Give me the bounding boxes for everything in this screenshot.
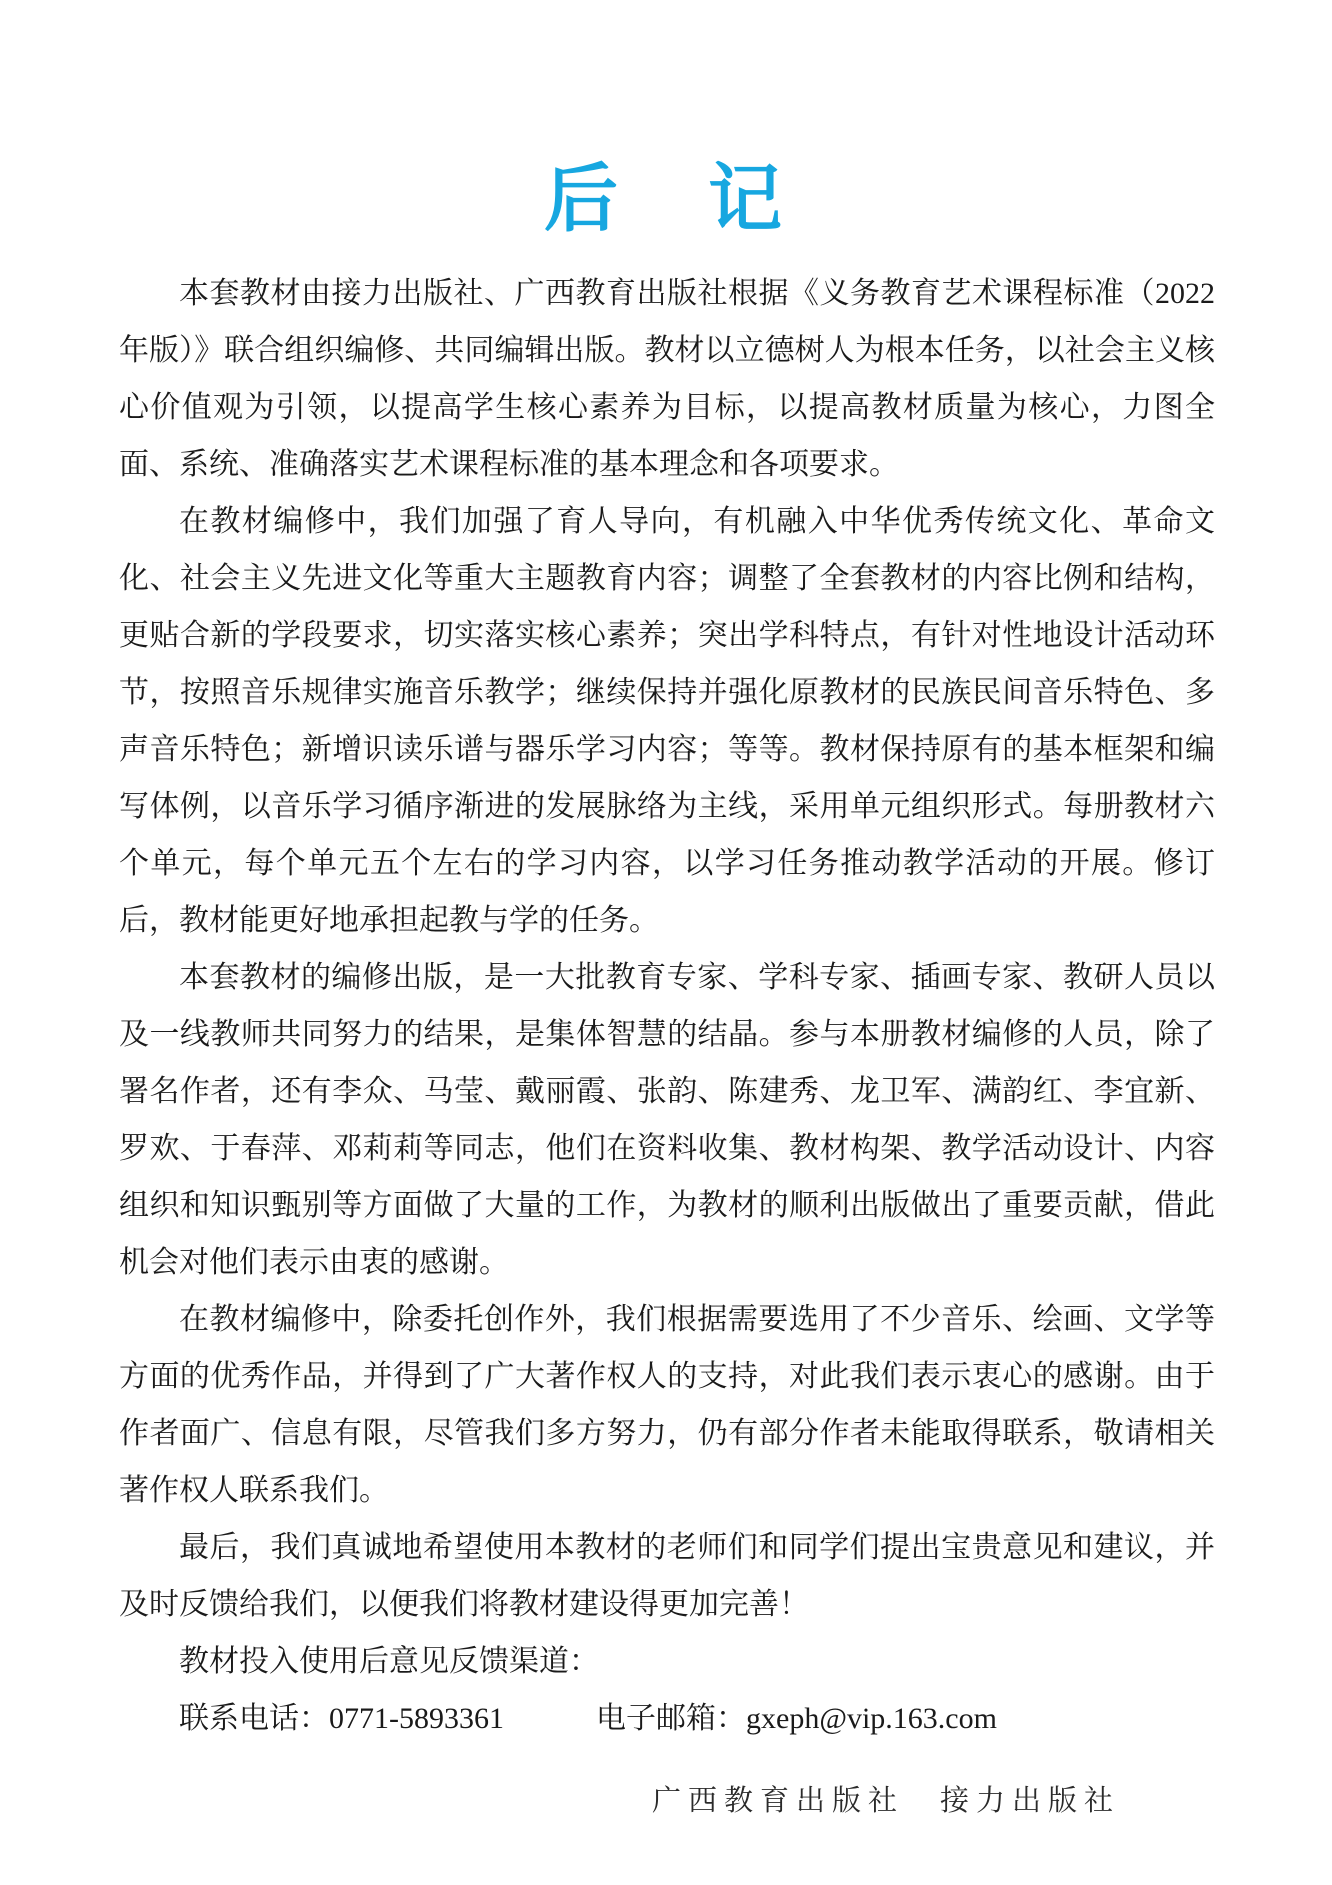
phone-number: 0771-5893361	[329, 1702, 504, 1735]
email-address: gxeph@vip.163.com	[746, 1702, 997, 1735]
feedback-channel-heading: 教材投入使用后意见反馈渠道：	[119, 1633, 1215, 1690]
paragraph-copyright-notice: 在教材编修中，除委托创作外，我们根据需要选用了不少音乐、绘画、文学等方面的优秀作…	[119, 1291, 1215, 1519]
paragraph-contributors: 本套教材的编修出版，是一大批教育专家、学科专家、插画专家、教研人员以及一线教师共…	[119, 949, 1215, 1291]
contact-row: 联系电话：0771-5893361电子邮箱：gxeph@vip.163.com	[119, 1690, 1215, 1747]
paragraph-intro: 本套教材由接力出版社、广西教育出版社根据《义务教育艺术课程标准（2022 年版）…	[119, 265, 1215, 493]
publishers-line: 广西教育出版社 接力出版社	[119, 1773, 1215, 1830]
afterword-body: 本套教材由接力出版社、广西教育出版社根据《义务教育艺术课程标准（2022 年版）…	[119, 265, 1215, 1747]
email-label: 电子邮箱：	[596, 1702, 746, 1735]
paragraph-feedback-request: 最后，我们真诚地希望使用本教材的老师们和同学们提出宝贵意见和建议，并及时反馈给我…	[119, 1519, 1215, 1633]
paragraph-revision-highlights: 在教材编修中，我们加强了育人导向，有机融入中华优秀传统文化、革命文化、社会主义先…	[119, 493, 1215, 949]
afterword-page: 后 记 本套教材由接力出版社、广西教育出版社根据《义务教育艺术课程标准（2022…	[0, 0, 1332, 1885]
page-title: 后 记	[119, 0, 1215, 239]
phone-label: 联系电话：	[179, 1702, 329, 1735]
